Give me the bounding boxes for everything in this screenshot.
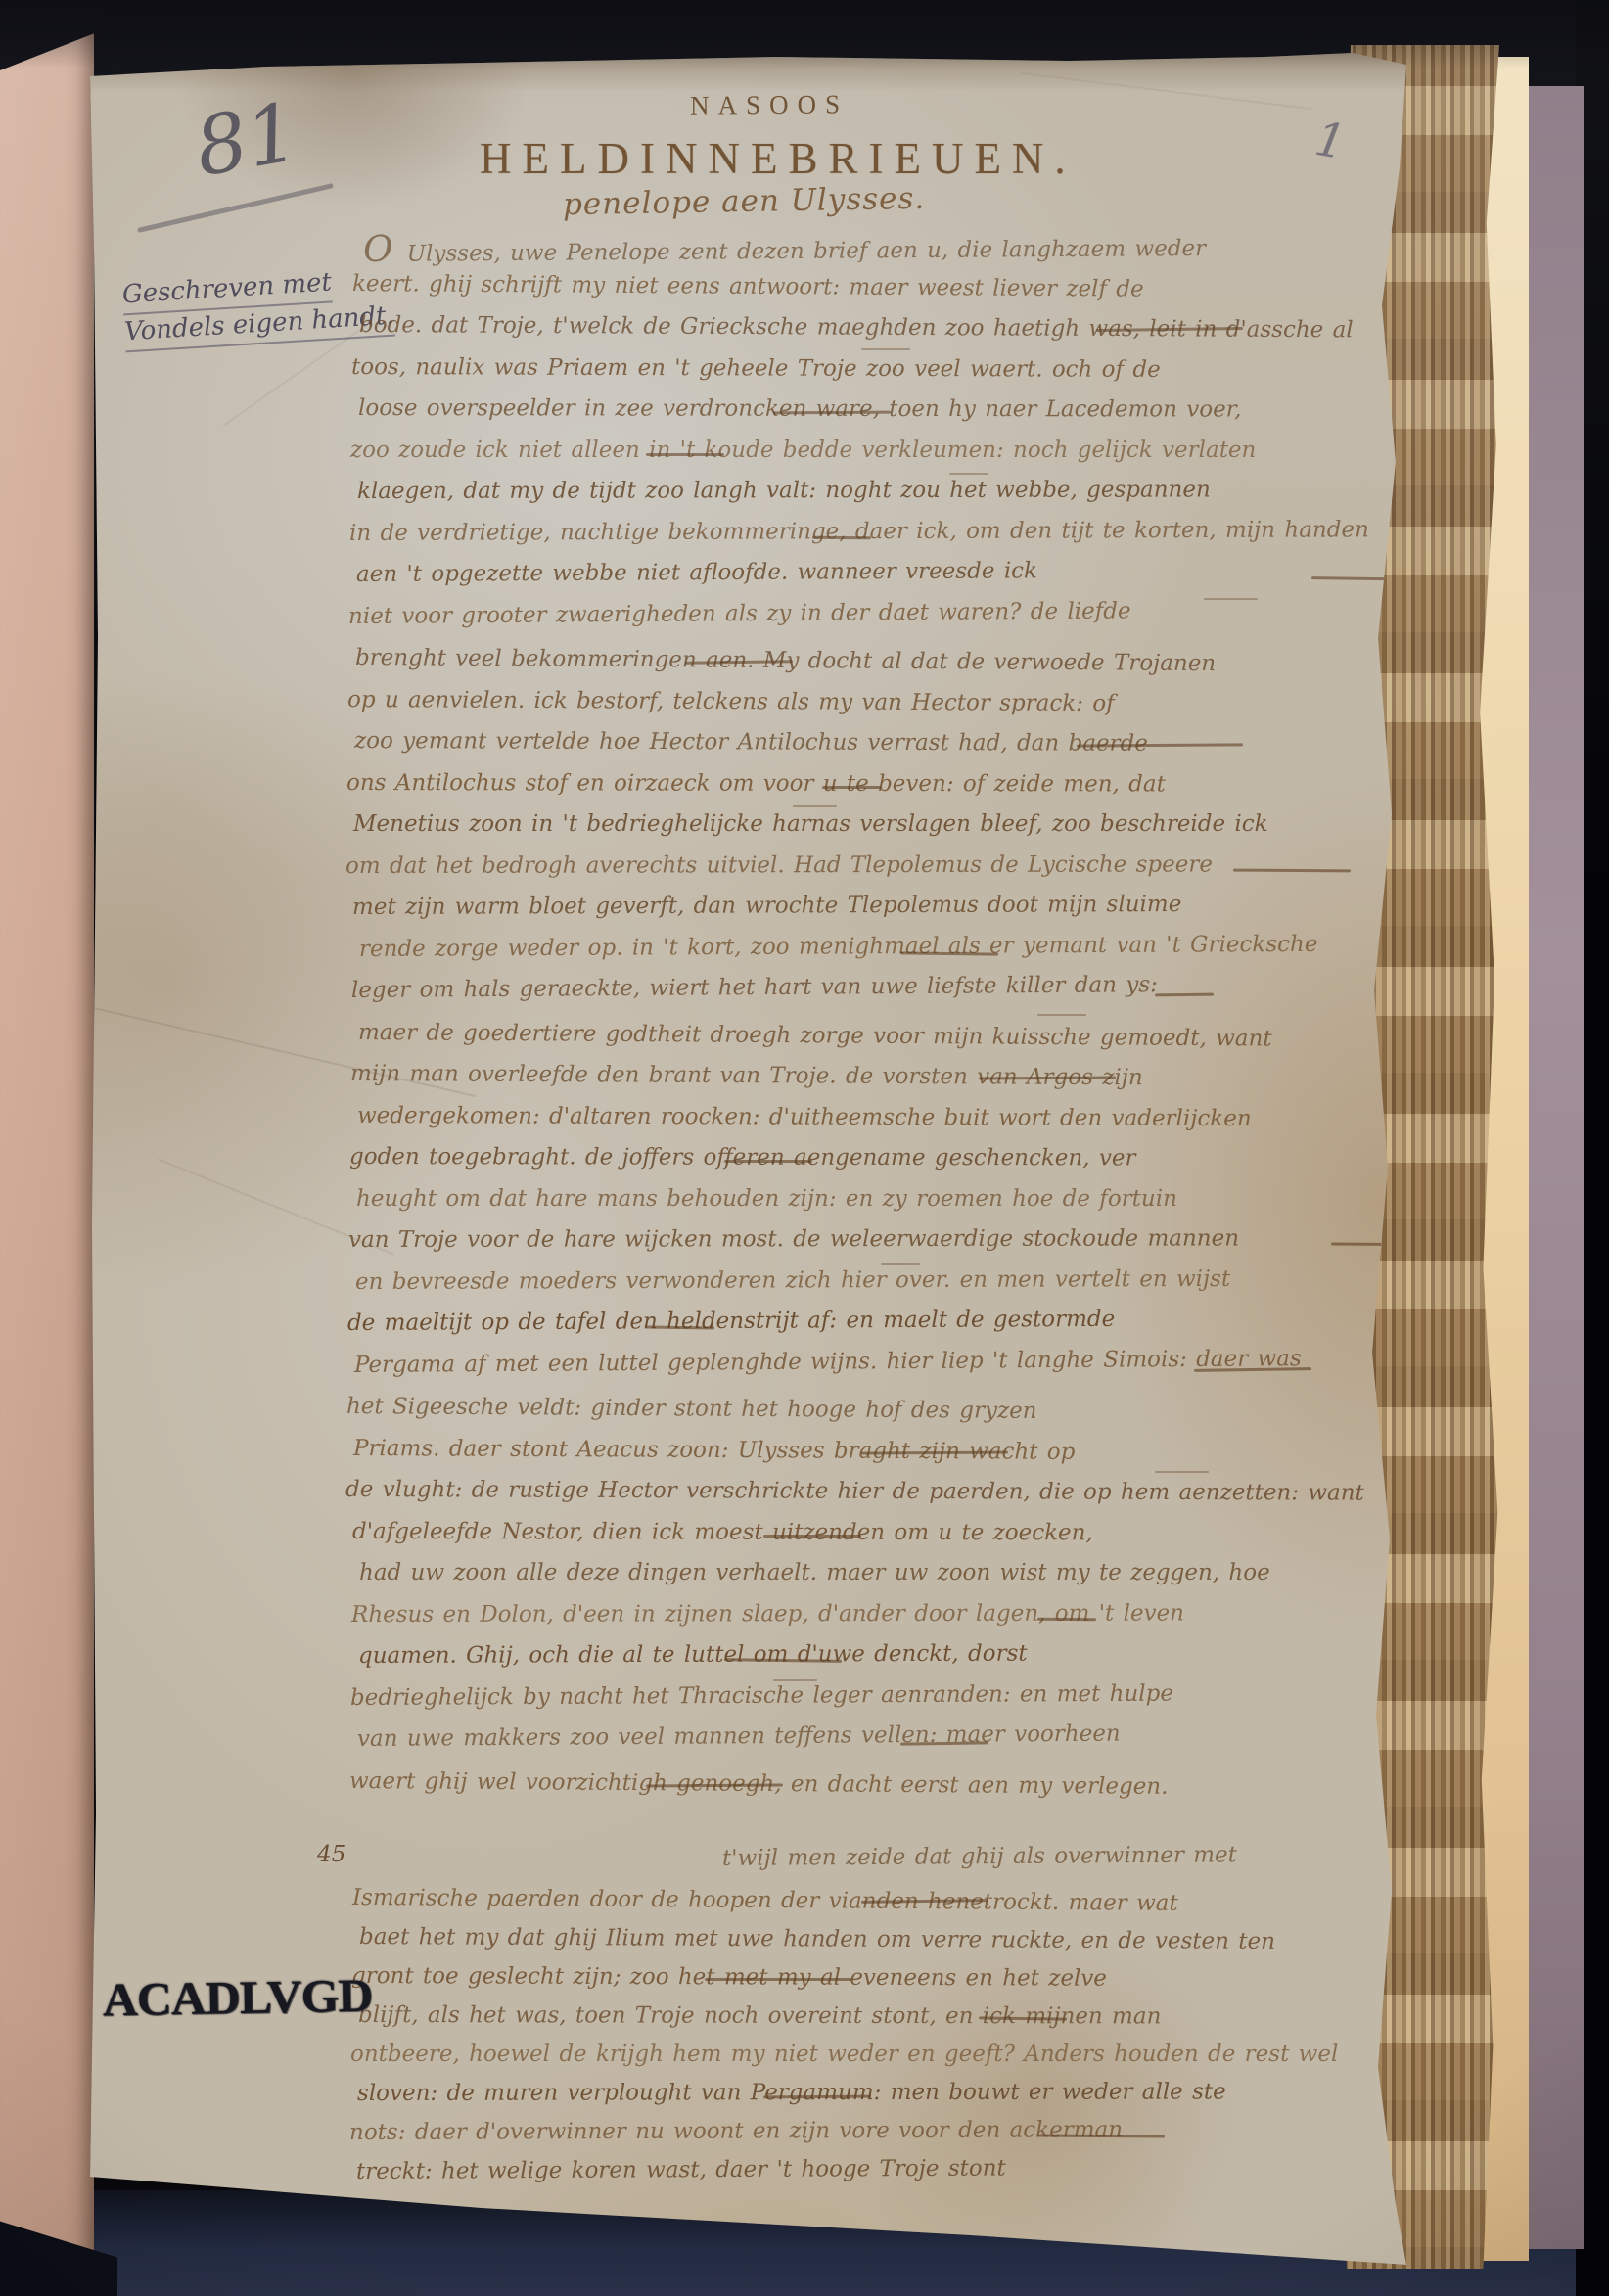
manuscript-line: van Troje voor de hare wijcken most. de …: [348, 1227, 1239, 1252]
manuscript-line: had uw zoon alle deze dingen verhaelt. m…: [359, 1562, 1270, 1584]
manuscript-line: keert. ghij schrijft my niet eens antwoo…: [352, 273, 1144, 301]
correction-strike: [812, 535, 871, 538]
manuscript-line: maer de goedertiere godtheit droegh zorg…: [358, 1022, 1272, 1051]
margin-number: 45: [317, 1842, 345, 1867]
manuscript-line: toos, naulix was Priaem en 't geheele Tr…: [351, 356, 1161, 382]
correction-strike: [1155, 993, 1214, 997]
manuscript-line: Pergama af met een luttel geplenghde wij…: [354, 1348, 1302, 1377]
manuscript-line: de maeltijt op de tafel den heldenstrijt…: [347, 1309, 1115, 1335]
page-subtitle: penelope aen Ulysses.: [563, 181, 926, 222]
manuscript-line: Menetius zoon in 't bedrieghelijcke harn…: [353, 813, 1268, 836]
manuscript-line: zoo zoude ick niet alleen in 't koude be…: [350, 439, 1256, 462]
manuscript-line: loose overspeelder in zee verdroncken wa…: [358, 397, 1242, 422]
manuscript-line: baet het my dat ghij Ilium met uwe hande…: [359, 1926, 1275, 1953]
correction-strike: [861, 1450, 1008, 1454]
manuscript-line: nots: daer d'overwinner nu woont en zijn…: [349, 2119, 1123, 2144]
correction-strike: [1233, 868, 1351, 872]
manuscript-line: ons Antilochus stof en oirzaeck om voor …: [346, 772, 1166, 796]
manuscript-line: met zijn warm bloet geverft, dan wrochte…: [352, 894, 1181, 919]
manuscript-line: aen 't opgezette webbe niet afloofde. wa…: [356, 560, 1037, 586]
correction-strike: [1077, 743, 1243, 747]
manuscript-line: en bevreesde moeders verwonderen zich hi…: [355, 1267, 1230, 1293]
manuscript-line: rende zorge weder op. in 't kort, zoo me…: [359, 933, 1318, 960]
manuscript-line: wedergekomen: d'altaren roocken: d'uithe…: [357, 1105, 1252, 1130]
manuscript-photo: 81 1 NASOOS HELDINNEBRIEUEN. penelope ae…: [0, 0, 1609, 2296]
interlinear-insertion-mark: [949, 473, 988, 475]
manuscript-line: op u aenvielen. ick bestorf, telckens al…: [347, 689, 1115, 715]
interlinear-insertion-mark: [1204, 598, 1258, 600]
manuscript-line: Ismarische paerden door de hoopen der vi…: [352, 1887, 1178, 1915]
interlinear-insertion-mark: [1155, 1471, 1209, 1473]
correction-strike: [646, 1783, 783, 1787]
manuscript-line: klaegen, dat my de tijdt zoo langh valt:…: [357, 479, 1211, 503]
manuscript-line: ontbeere, hoewel de krijgh hem my niet w…: [350, 2043, 1338, 2066]
manuscript-line: van uwe makkers zoo veel mannen teffens …: [357, 1723, 1121, 1751]
manuscript-line: goden toegebraght. de joffers offeren ae…: [349, 1146, 1136, 1170]
library-stamp: ACADLVGD: [102, 1969, 372, 2028]
manuscript-line: treckt: het welige koren wast, daer 't h…: [356, 2158, 1006, 2183]
correction-strike: [763, 1535, 861, 1538]
correction-strike: [822, 786, 881, 789]
manuscript-line: het Sigeesche veldt: ginder stont het ho…: [346, 1396, 1037, 1423]
manuscript-line: de vlught: de rustige Hector verschrickt…: [345, 1479, 1364, 1505]
manuscript-line: Rhesus en Dolon, d'een in zijnen slaep, …: [351, 1602, 1184, 1626]
pencil-folio-1: 1: [1310, 112, 1350, 170]
manuscript-line: O Ulysses, uwe Penelope zent dezen brief…: [363, 225, 1206, 267]
interlinear-insertion-mark: [861, 348, 910, 350]
manuscript-line: niet voor grooter zwaerigheden als zy in…: [348, 600, 1131, 628]
interlinear-insertion-mark: [773, 1679, 817, 1681]
manuscript-line: leger om hals geraeckte, wiert het hart …: [351, 974, 1158, 1002]
interlinear-insertion-mark: [1037, 1014, 1086, 1016]
manuscript-page: 81 1 NASOOS HELDINNEBRIEUEN. penelope ae…: [90, 51, 1406, 2265]
correction-strike: [1037, 1617, 1096, 1620]
manuscript-line: blijft, als het was, toen Troje noch ove…: [358, 2004, 1161, 2028]
pencil-folio-81: 81: [189, 86, 305, 196]
correction-strike: [705, 1978, 851, 1981]
manuscript-line: zoo yemant vertelde hoe Hector Antilochu…: [354, 730, 1148, 756]
manuscript-line: in de verdrietige, nachtige bekommeringe…: [349, 519, 1369, 545]
page-title: HELDINNEBRIEUEN.: [480, 133, 1077, 184]
manuscript-line: sloven: de muren verplought van Pergamum…: [357, 2081, 1226, 2105]
running-head: NASOOS: [690, 89, 849, 120]
correction-strike: [724, 1160, 812, 1163]
manuscript-line: d'afgeleefde Nestor, dien ick moest uitz…: [352, 1521, 1093, 1544]
interlinear-insertion-mark: [881, 1263, 920, 1265]
manuscript-line: quamen. Ghij, och die al te luttel om d'…: [358, 1643, 1028, 1668]
manuscript-line: heught om dat hare mans behouden zijn: e…: [356, 1188, 1177, 1211]
pencil-underline-stroke: [137, 183, 334, 233]
manuscript-line: t'wijl men zeide dat ghij als overwinner…: [722, 1844, 1237, 1870]
interlinear-insertion-mark: [793, 805, 837, 807]
manuscript-line: om dat het bedrogh averechts uitviel. Ha…: [345, 853, 1213, 878]
book-board-left: [0, 25, 94, 2267]
page-crease: [1021, 72, 1312, 111]
correction-strike: [646, 453, 724, 456]
manuscript-line: bedrieghelijck by nacht het Thracische l…: [350, 1682, 1173, 1709]
